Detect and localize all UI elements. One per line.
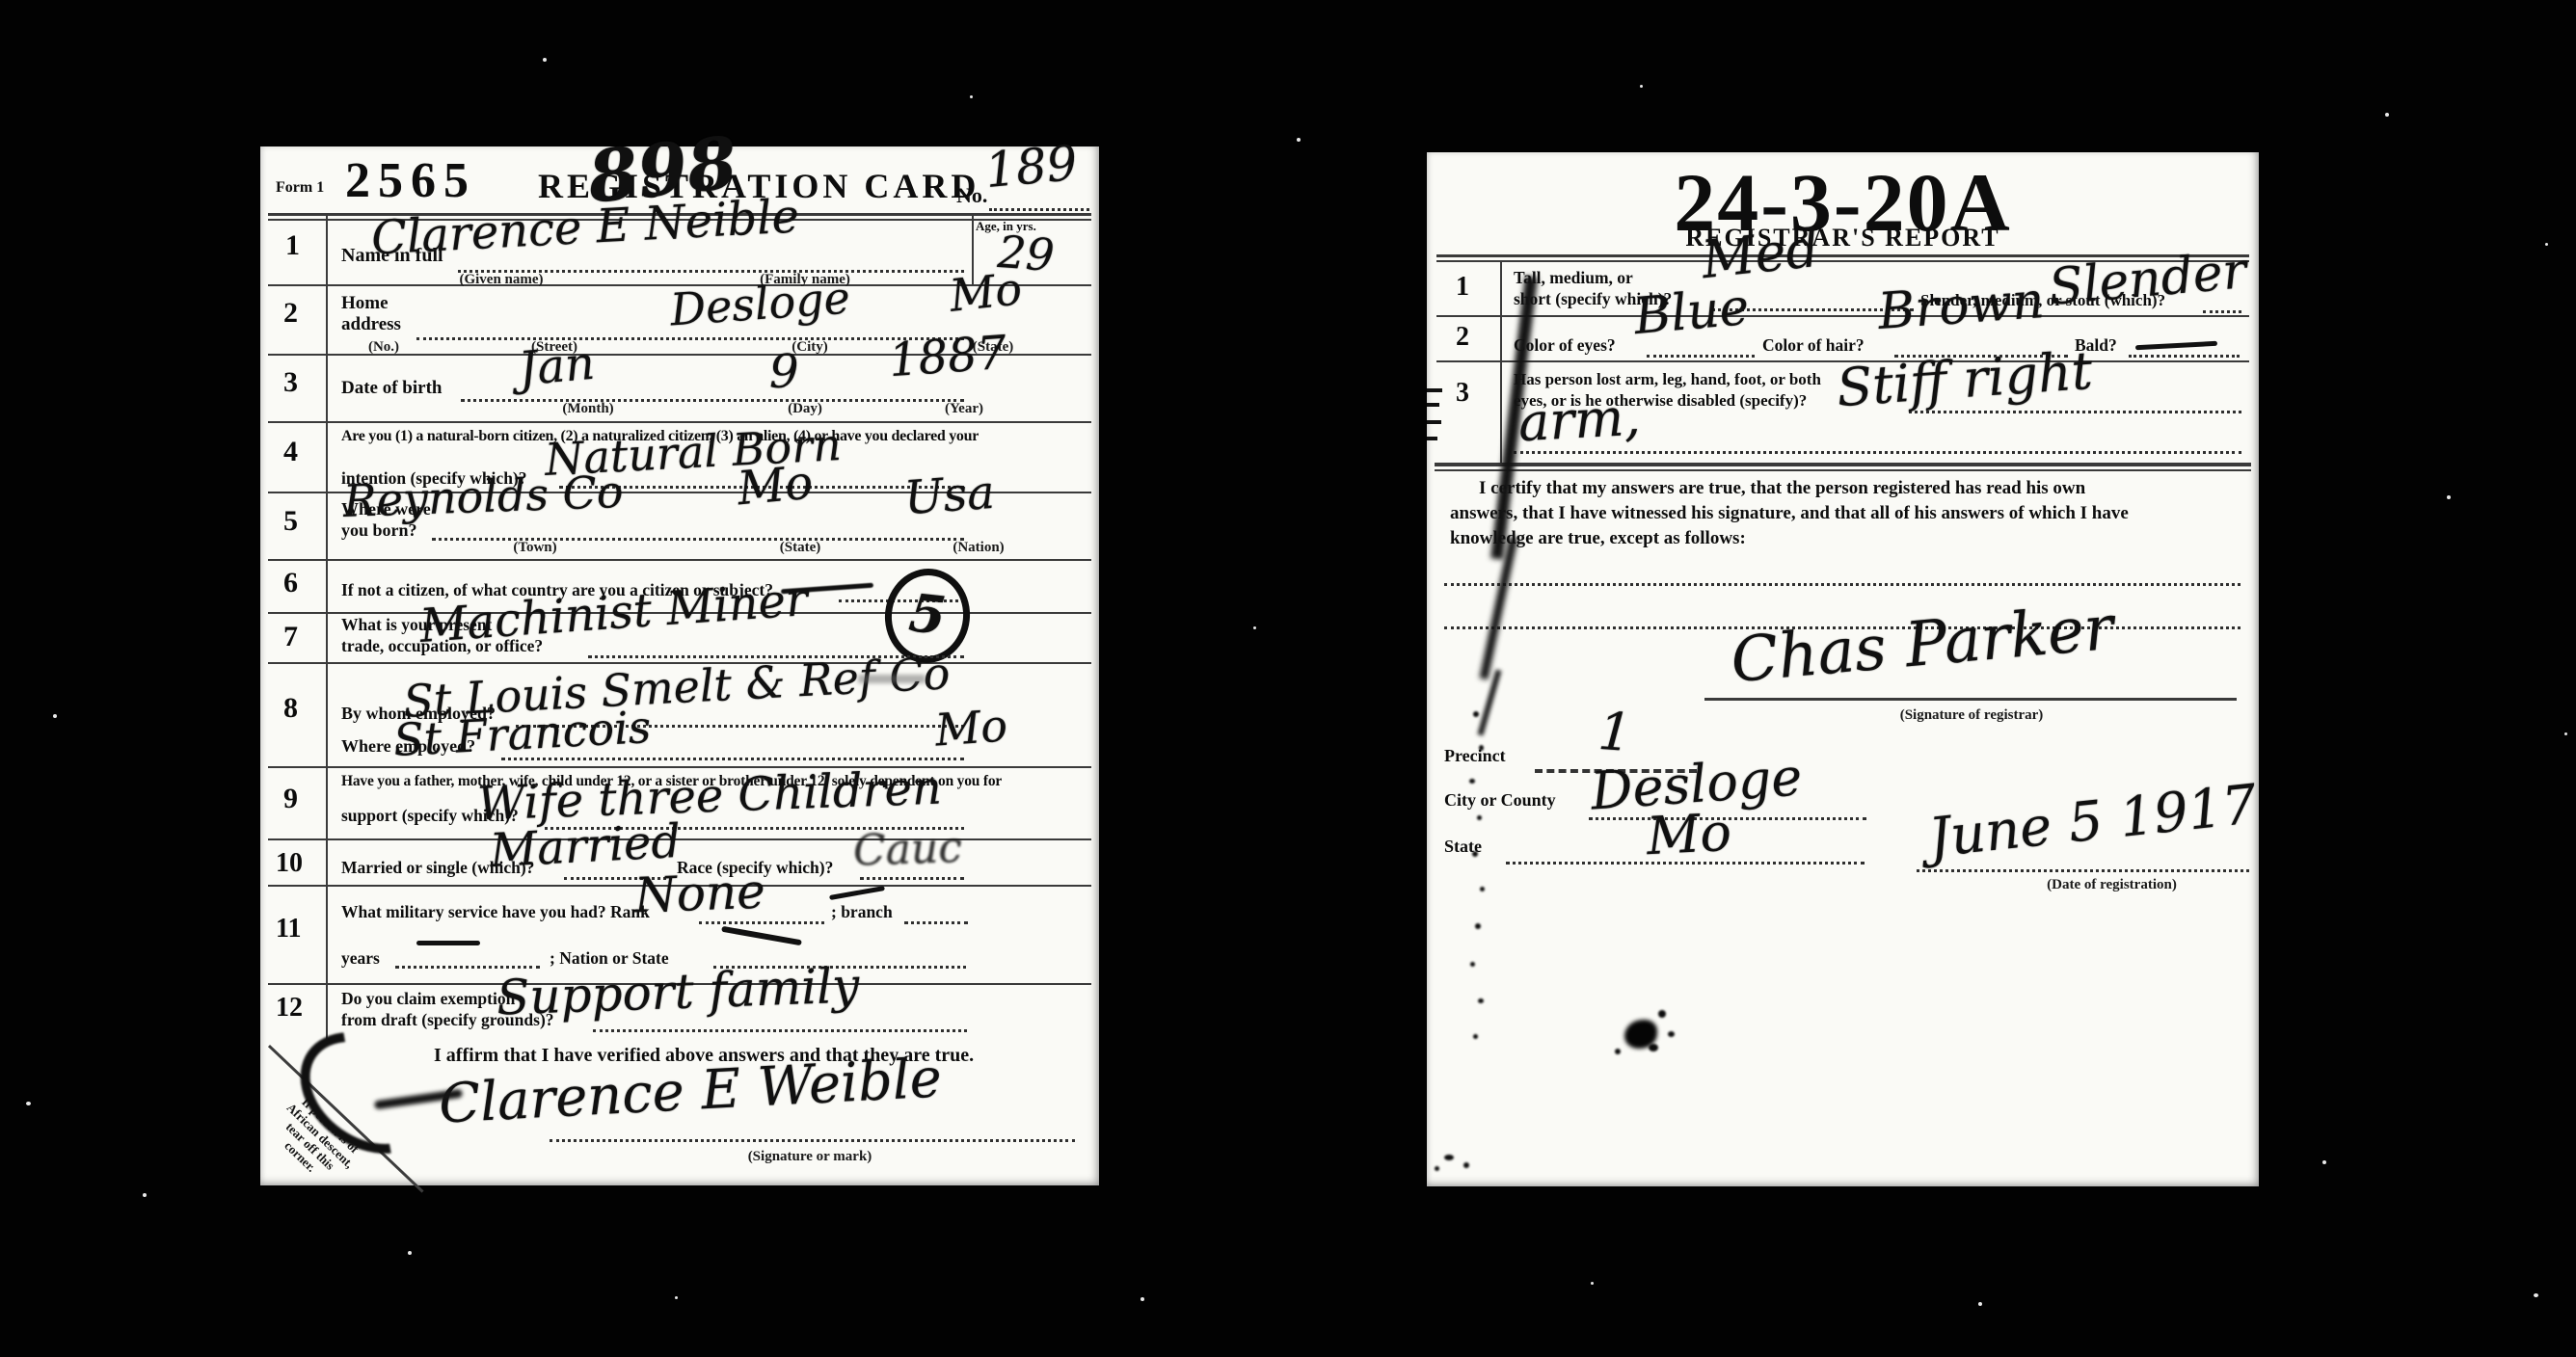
field-number: 1 <box>285 229 300 262</box>
dust-speck <box>26 1102 31 1105</box>
field-number: 2 <box>283 297 298 330</box>
exemption-answer: Support family <box>496 957 860 1025</box>
field-number: 3 <box>283 366 298 399</box>
row-rule <box>1436 315 2249 317</box>
microfilm-scan: Form 1 2565 REGISTRATION CARD 898 No. 18… <box>0 0 2576 1357</box>
pen-dash <box>721 926 802 945</box>
dotted-line <box>904 921 968 924</box>
dotted-line <box>989 208 1089 211</box>
dotted-line <box>501 758 964 760</box>
birthplace-nation-answer: Usa <box>902 466 996 525</box>
day-caption: (Day) <box>762 401 848 417</box>
edge-ink-dash <box>1427 403 1439 407</box>
dotted-line <box>1917 869 2249 872</box>
corner-speck <box>1444 1155 1454 1160</box>
dotted-line <box>860 877 964 880</box>
dust-speck <box>1640 85 1643 88</box>
nation-caption: (Nation) <box>926 540 1032 556</box>
dotted-line <box>1514 451 2241 454</box>
dust-speck <box>1297 138 1301 142</box>
disability-label-line1: Has person lost arm, leg, hand, foot, or… <box>1514 370 1821 389</box>
ink-dot <box>1472 851 1478 857</box>
pen-dash <box>416 941 480 945</box>
edge-ink-dash <box>1427 388 1442 392</box>
ink-smudge <box>858 675 926 683</box>
dotted-line <box>395 966 540 969</box>
bald-dash-answer <box>2135 341 2217 350</box>
no-label: No. <box>956 183 987 208</box>
dotted-line <box>1506 862 1865 865</box>
dust-speck <box>408 1251 412 1255</box>
years-label: years <box>341 948 380 969</box>
birth-date-label: Date of birth <box>341 378 442 399</box>
ink-dot <box>1473 1034 1478 1039</box>
dust-speck <box>2534 1293 2538 1297</box>
field-number: 11 <box>276 914 301 945</box>
dust-speck <box>2385 113 2389 117</box>
precinct-answer: 1 <box>1597 701 1634 763</box>
birthplace-state-answer: Mo <box>736 456 816 517</box>
field-number: 8 <box>283 692 298 725</box>
birthplace-town-answer: Reynolds Co <box>342 466 624 527</box>
edge-ink-dash <box>1427 437 1437 440</box>
section-rule <box>1435 463 2251 466</box>
field-number: 3 <box>1456 378 1469 409</box>
dotted-line <box>699 921 824 924</box>
number-column-rule <box>326 215 328 1039</box>
month-caption: (Month) <box>535 401 641 417</box>
birth-day-answer: 9 <box>769 345 799 399</box>
height-answer: Med <box>1699 218 1822 290</box>
signature-caption: (Signature or mark) <box>665 1149 954 1165</box>
field-number: 7 <box>283 621 298 653</box>
dotted-line <box>593 1029 967 1032</box>
birth-year-answer: 1887 <box>887 326 1008 387</box>
ink-dot <box>1477 815 1482 820</box>
ink-blotch-satellite <box>1615 1049 1621 1054</box>
military-service-label: What military service have you had? Rank <box>341 902 650 922</box>
row-rule <box>268 766 1091 768</box>
home-city-answer: Desloge <box>668 272 851 336</box>
ink-dot <box>1475 923 1481 929</box>
field-number: 1 <box>1456 272 1469 303</box>
field-number: 9 <box>283 783 298 815</box>
edge-ink-dash <box>1427 420 1441 424</box>
disability-answer-line2: arm, <box>1516 386 1642 454</box>
registration-date-caption: (Date of registration) <box>1984 877 2240 893</box>
where-employed-state-answer: Mo <box>933 699 1008 756</box>
field-number: 12 <box>276 993 303 1024</box>
dust-speck <box>2545 243 2548 246</box>
section-rule <box>1435 469 2251 471</box>
eye-color-answer: Blue <box>1632 279 1752 346</box>
dotted-line <box>1647 355 1755 358</box>
corner-speck <box>1435 1166 1439 1171</box>
ink-blotch-satellite <box>1658 1010 1666 1018</box>
dust-speck <box>2564 732 2567 735</box>
report-title: REGISTRAR'S REPORT <box>1427 224 2259 253</box>
dust-speck <box>1253 626 1256 629</box>
town-caption: (Town) <box>487 540 583 556</box>
number-column-rule <box>1500 260 1502 465</box>
ink-dot <box>1473 711 1479 717</box>
registration-card: Form 1 2565 REGISTRATION CARD 898 No. 18… <box>260 146 1099 1185</box>
branch-label: ; branch <box>831 902 893 922</box>
precinct-label: Precinct <box>1444 746 1506 766</box>
dotted-line <box>2129 355 2240 358</box>
registrar-signature-caption: (Signature of registrar) <box>1832 707 2111 724</box>
ink-blotch-satellite <box>1668 1031 1675 1037</box>
row-rule <box>268 559 1091 561</box>
ink-dot <box>1480 887 1485 891</box>
home-address-label: Home <box>341 293 389 314</box>
ink-dot <box>1470 962 1475 967</box>
signature-line <box>1704 698 2237 701</box>
hair-color-answer: Brown <box>1876 272 2046 341</box>
exemption-label-line1: Do you claim exemption <box>341 989 515 1009</box>
build-answer: Slender <box>2047 242 2249 317</box>
dust-speck <box>970 95 973 98</box>
ink-smear <box>1477 670 1501 736</box>
given-name-caption: (Given name) <box>419 272 583 288</box>
field-number: 2 <box>1456 322 1469 353</box>
circled-number-value: 5 <box>888 572 967 655</box>
race-answer: Cauc <box>852 823 963 876</box>
hair-color-label: Color of hair? <box>1762 335 1865 356</box>
field-number: 10 <box>276 848 303 879</box>
corner-speck <box>1463 1162 1469 1168</box>
ink-blotch-satellite <box>1649 1044 1658 1051</box>
dust-speck <box>2447 495 2451 499</box>
ink-dot <box>1469 779 1475 784</box>
dust-speck <box>53 714 57 718</box>
dust-speck <box>1591 1282 1594 1285</box>
registrars-report-card: 24-3-20A REGISTRAR'S REPORT 1 Tall, medi… <box>1427 152 2259 1186</box>
state-caption: (State) <box>752 540 848 556</box>
city-or-county-label: City or County <box>1444 790 1556 811</box>
row-rule <box>268 421 1091 423</box>
signature-line <box>550 1139 1075 1142</box>
registrar-signature: Chas Parker <box>1729 593 2117 697</box>
home-address-label2: address <box>341 314 401 335</box>
dust-speck <box>1978 1302 1982 1306</box>
ink-dot <box>1479 745 1484 751</box>
year-caption: (Year) <box>921 401 1007 417</box>
no-caption: (No.) <box>345 339 422 356</box>
city-state-answer: Mo <box>1645 802 1732 867</box>
blank-answer-line <box>1444 583 2241 586</box>
disability-answer-line1: Stiff right <box>1835 340 2094 418</box>
pen-dash <box>829 886 885 900</box>
registration-number-value: 189 <box>983 135 1080 199</box>
field-number: 6 <box>283 567 298 599</box>
dust-speck <box>1140 1297 1144 1301</box>
home-state-answer: Mo <box>947 262 1024 322</box>
dust-speck <box>2322 1160 2326 1164</box>
dust-speck <box>543 58 547 62</box>
certification-line1: I certify that my answers are true, that… <box>1450 478 2085 499</box>
dust-speck <box>675 1296 678 1299</box>
military-service-answer: None <box>633 864 766 924</box>
form-label: Form 1 <box>276 179 324 197</box>
form-serial-number: 2565 <box>345 152 476 209</box>
birth-month-answer: Jan <box>517 336 597 397</box>
dust-speck <box>143 1193 147 1197</box>
field-number: 4 <box>283 436 298 468</box>
ink-dot <box>1478 998 1484 1003</box>
registration-date-answer: June 5 1917 <box>1926 773 2260 869</box>
field-number: 5 <box>283 505 298 538</box>
dotted-line <box>2203 310 2241 313</box>
dotted-line <box>1909 411 2241 413</box>
certification-line2: answers, that I have witnessed his signa… <box>1450 503 2129 524</box>
